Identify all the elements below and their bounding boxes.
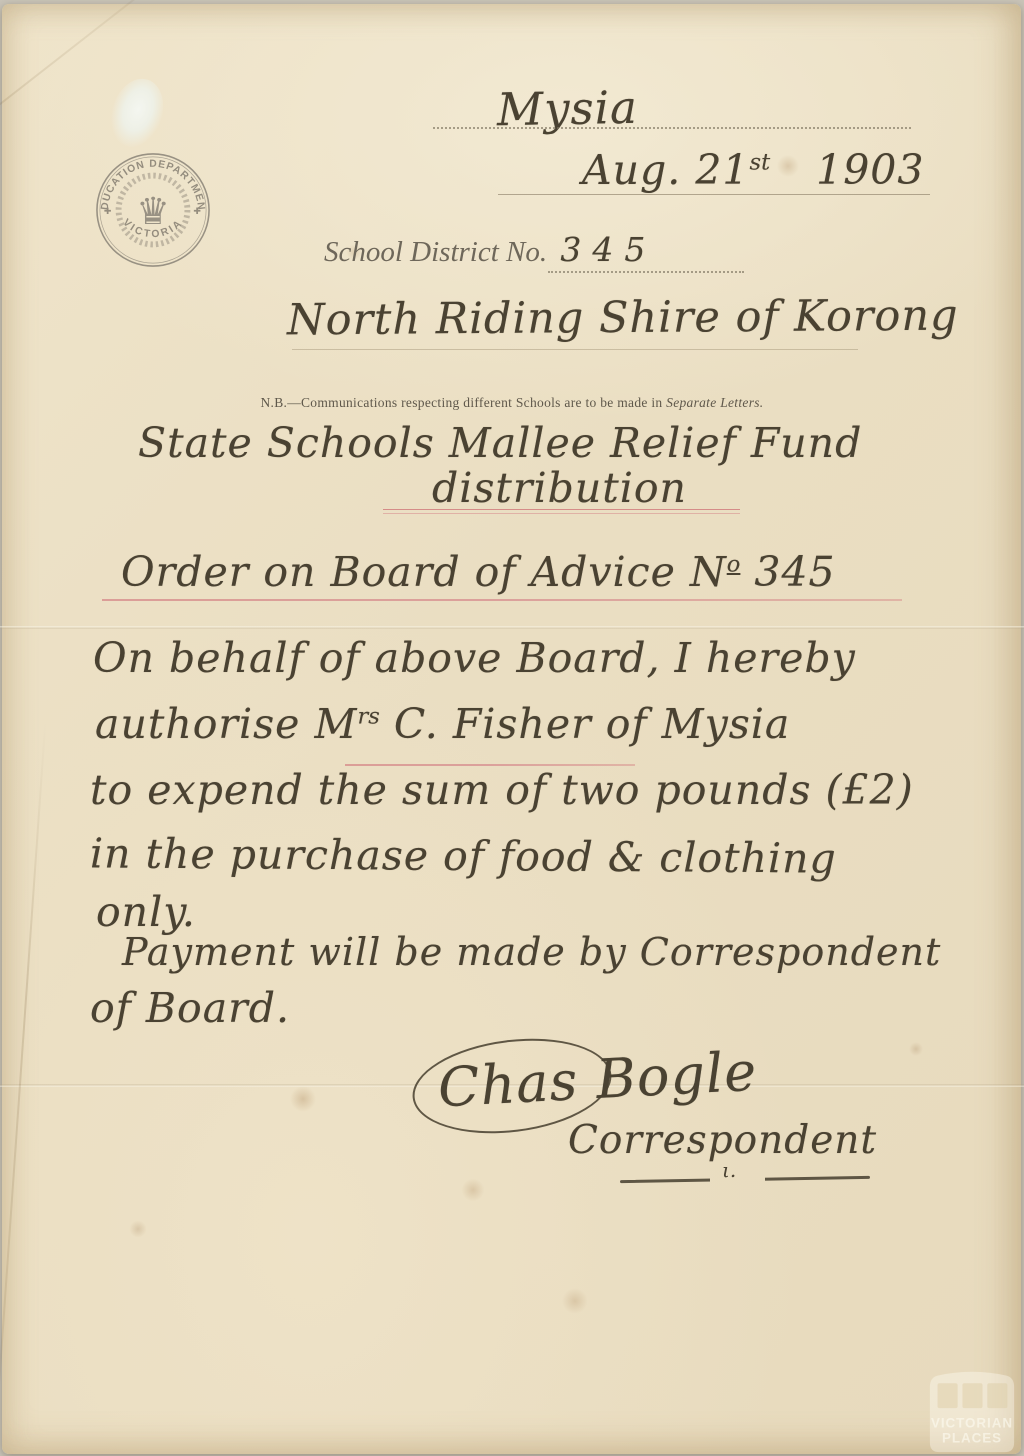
watermark-line1: VICTORIAN: [931, 1415, 1013, 1430]
nb-text: N.B.—Communications respecting different…: [261, 395, 667, 410]
recipient-name: M: [314, 700, 357, 748]
seal-right-cross-icon: ✚: [193, 206, 201, 216]
seal-graphic: EDUCATION DEPARTMENT VICTORIA ✚ ✚ ♛: [94, 151, 212, 269]
signature-flourish-mark: ι.: [722, 1158, 736, 1182]
order-heading-handwriting: Order on Board of Advice No 345: [121, 548, 836, 596]
order-heading-text: Order on Board of Advice N: [121, 548, 727, 596]
seal-left-cross-icon: ✚: [104, 206, 112, 216]
nb-italic-text: Separate Letters.: [666, 395, 763, 410]
body-line-2-pre: authorise: [95, 700, 314, 748]
date-ordinal: st: [750, 149, 771, 175]
victorian-places-watermark: VICTORIAN PLACES: [924, 1366, 1020, 1456]
district-number-handwriting: 345: [560, 230, 656, 269]
district-line: School District No. 345: [324, 230, 656, 269]
body-line-6: Payment will be made by Correspondent: [122, 930, 941, 974]
date-handwriting: Aug. 21st1903: [582, 146, 924, 194]
tram-logo-icon: VICTORIAN PLACES: [924, 1366, 1020, 1456]
body-line-1: On behalf of above Board, I hereby: [93, 634, 856, 682]
scanned-letter-page: EDUCATION DEPARTMENT VICTORIA ✚ ✚ ♛ Mysi…: [0, 0, 1024, 1456]
body-line-2: authorise Mrs C. Fisher of Mysia: [95, 700, 790, 748]
date-day: Aug. 21: [582, 146, 750, 194]
education-department-victoria-seal: EDUCATION DEPARTMENT VICTORIA ✚ ✚ ♛: [94, 151, 212, 269]
shire-heading-handwriting: North Riding Shire of Korong: [287, 291, 959, 346]
order-heading-number: 345: [740, 548, 835, 596]
body-line-7: of Board.: [90, 984, 290, 1032]
order-heading-no-sup: o: [727, 551, 741, 577]
body-line-3: to expend the sum of two pounds (£2): [90, 766, 914, 814]
crown-icon: ♛: [136, 192, 170, 233]
recipient-name-sup: rs: [357, 703, 379, 729]
location-handwriting: Mysia: [497, 81, 639, 136]
recipient-name-rest: C. Fisher: [380, 700, 592, 748]
watermark-line2: PLACES: [942, 1431, 1002, 1446]
date-year: 1903: [816, 146, 924, 194]
district-label: School District No.: [324, 236, 547, 268]
fund-title-line2-handwriting: distribution: [432, 464, 687, 512]
body-line-5: only.: [96, 888, 196, 936]
body-line-4: in the purchase of food & clothing: [90, 829, 837, 882]
signature-role-handwriting: Correspondent: [568, 1118, 877, 1163]
fund-title-line1-handwriting: State Schools Mallee Relief Fund: [138, 419, 862, 467]
nb-notice: N.B.—Communications respecting different…: [0, 395, 1024, 411]
body-line-2-post: of Mysia: [592, 700, 791, 748]
